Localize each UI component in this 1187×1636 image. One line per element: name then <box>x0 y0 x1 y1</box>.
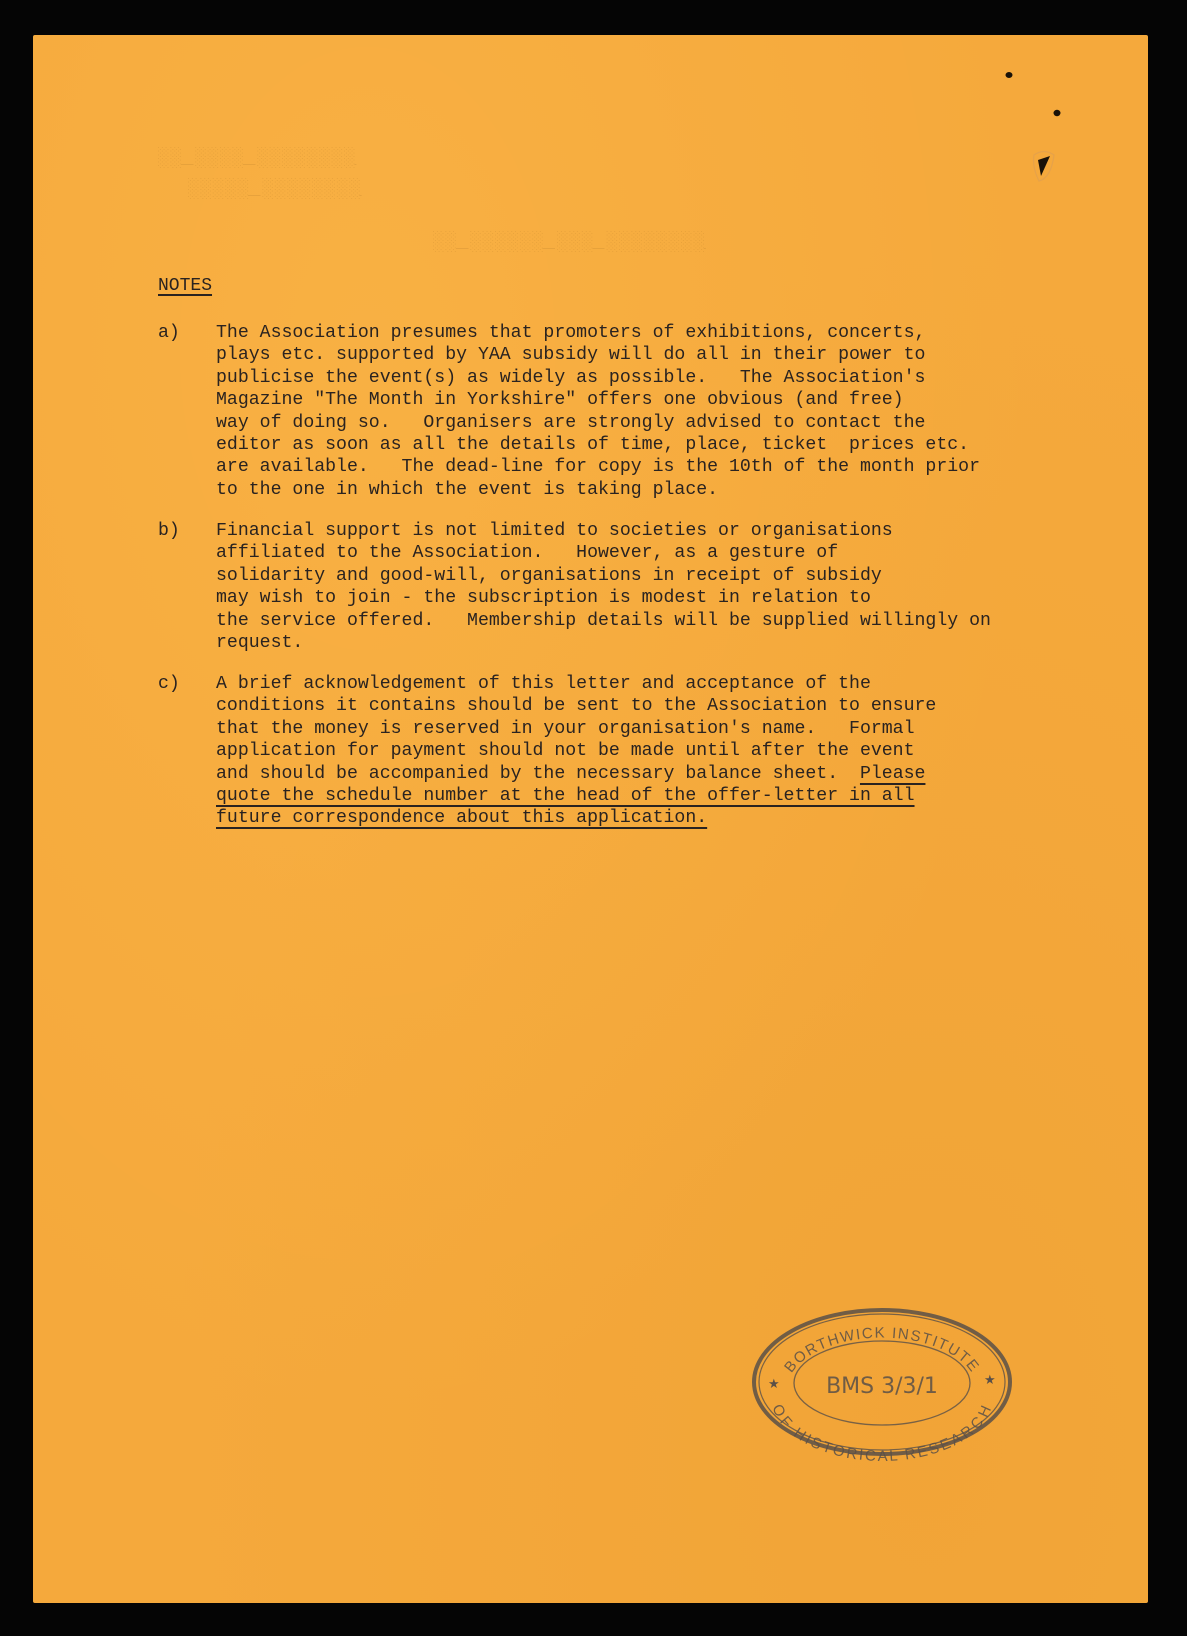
note-line: to the one in which the event is taking … <box>216 479 980 501</box>
underlined-instruction: Please <box>860 764 926 784</box>
svg-text:BORTHWICK INSTITUTE: BORTHWICK INSTITUTE <box>781 1325 983 1376</box>
underlined-instruction: quote the schedule number at the head of… <box>216 785 936 807</box>
note-line: that the money is reserved in your organ… <box>216 718 936 740</box>
underlined-instruction: future correspondence about this applica… <box>216 807 936 829</box>
note-line: The Association presumes that promoters … <box>216 322 980 344</box>
note-body: Financial support is not limited to soci… <box>216 520 991 654</box>
notes-heading: NOTES <box>158 276 212 296</box>
note-line: conditions it contains should be sent to… <box>216 695 936 717</box>
stamp-reference: BMS 3/3/1 <box>826 1374 938 1399</box>
note-line: the service offered. Membership details … <box>216 610 991 632</box>
note-line: Magazine "The Month in Yorkshire" offers… <box>216 389 980 411</box>
note-line: A brief acknowledgement of this letter a… <box>216 673 936 695</box>
note-label: b) <box>158 520 180 542</box>
note-line: request. <box>216 632 991 654</box>
note-label: a) <box>158 322 180 344</box>
note-body: A brief acknowledgement of this letter a… <box>216 673 936 830</box>
stamp-top-text: BORTHWICK INSTITUTE <box>781 1325 983 1376</box>
staple-holes <box>33 35 1148 235</box>
note-line: application for payment should not be ma… <box>216 740 936 762</box>
note-line: Financial support is not limited to soci… <box>216 520 991 542</box>
note-line: editor as soon as all the details of tim… <box>216 434 980 456</box>
archive-stamp: BORTHWICK INSTITUTE OF HISTORICAL RESEAR… <box>751 1307 1013 1457</box>
note-line: affiliated to the Association. However, … <box>216 542 991 564</box>
svg-text:OF HISTORICAL RESEARCH: OF HISTORICAL RESEARCH <box>768 1402 995 1465</box>
note-line: and should be accompanied by the necessa… <box>216 763 936 785</box>
star-icon: ★ <box>768 1377 780 1392</box>
note-line: plays etc. supported by YAA subsidy will… <box>216 344 980 366</box>
note-line-plain: and should be accompanied by the necessa… <box>216 764 860 784</box>
document-page: ░░ ░░░░ ░░░░░░░░ ░░░░░ ░░░░░░░░ ░░ ░░░░░… <box>33 35 1148 1603</box>
note-line: are available. The dead-line for copy is… <box>216 456 980 478</box>
stamp-bottom-text: OF HISTORICAL RESEARCH <box>768 1402 995 1465</box>
note-label: c) <box>158 673 180 695</box>
note-body: The Association presumes that promoters … <box>216 322 980 501</box>
note-line: solidarity and good-will, organisations … <box>216 565 991 587</box>
stamp-graphic: BORTHWICK INSTITUTE OF HISTORICAL RESEAR… <box>751 1307 1013 1457</box>
note-line: way of doing so. Organisers are strongly… <box>216 412 980 434</box>
note-line: publicise the event(s) as widely as poss… <box>216 367 980 389</box>
star-icon: ★ <box>984 1373 996 1388</box>
note-line: may wish to join - the subscription is m… <box>216 587 991 609</box>
